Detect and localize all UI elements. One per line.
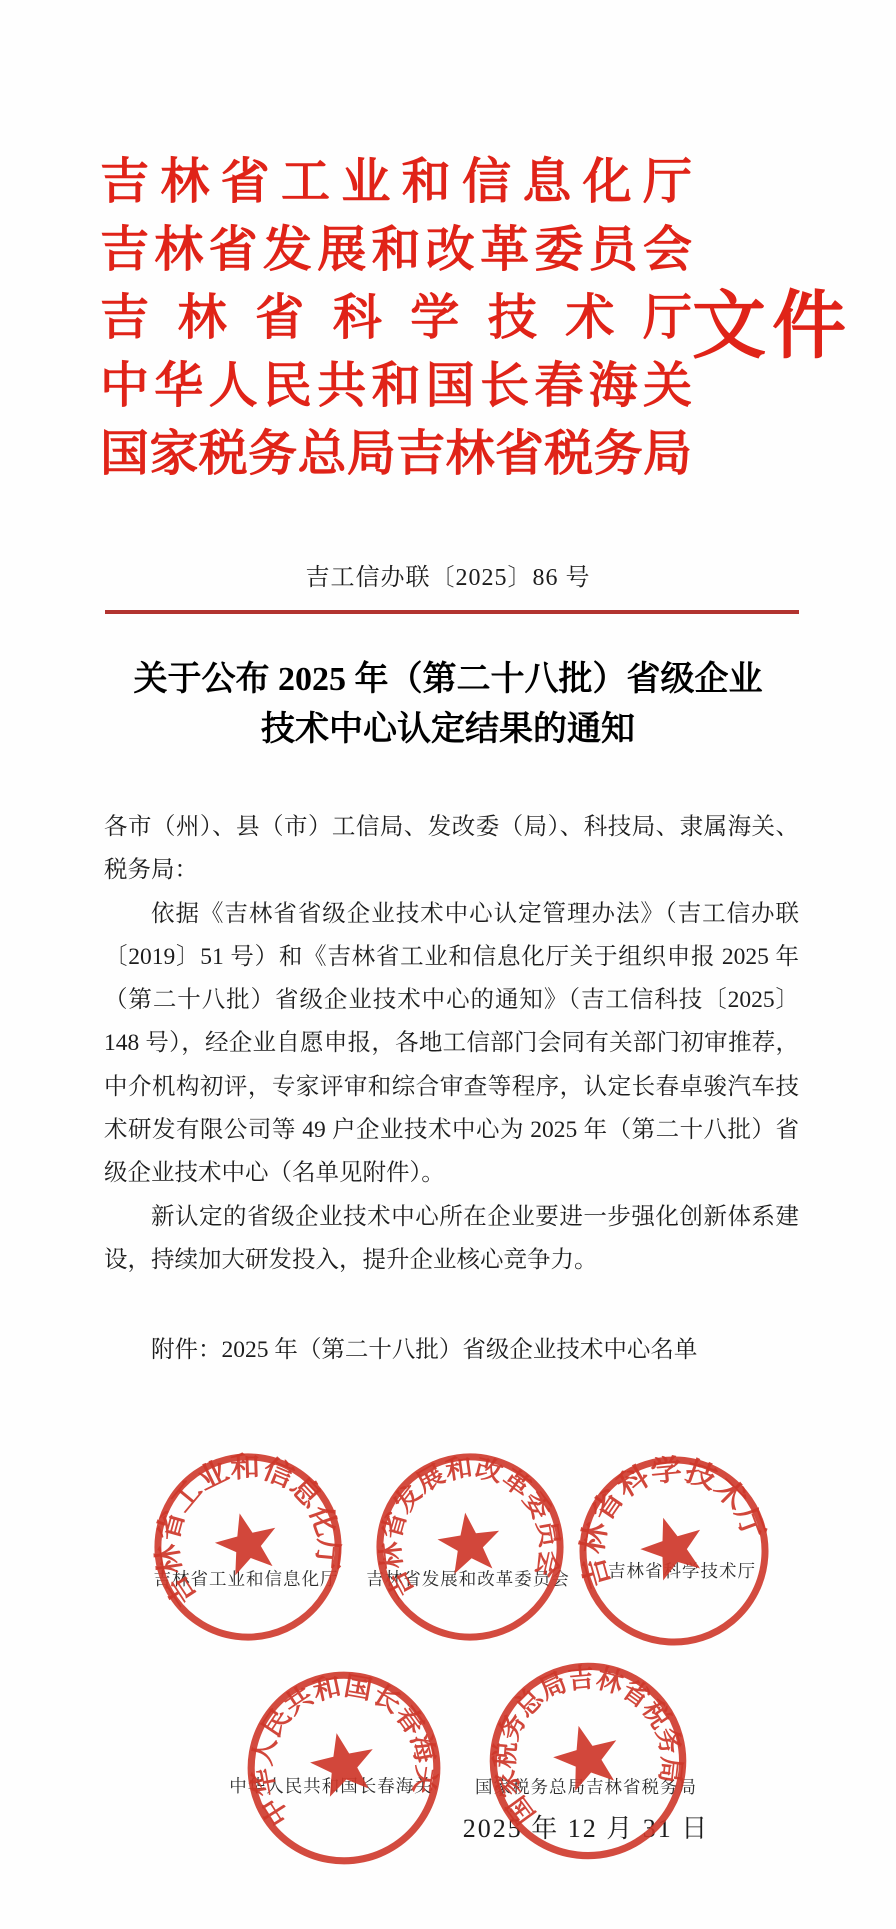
red-divider-rule <box>105 610 799 614</box>
title-line-1: 关于公布 2025 年（第二十八批）省级企业 <box>93 655 803 705</box>
doc-type-label: 文件 <box>692 290 852 364</box>
paragraph-1: 依据《吉林省省级企业技术中心认定管理办法》（吉工信办联〔2019〕51 号）和《… <box>104 893 799 1196</box>
official-seal-3: 吉林省科学技术厅 <box>548 1425 800 1677</box>
agency-name-5: 国家税务总局吉林省税务局 <box>100 420 692 488</box>
seal-star-icon <box>434 1508 504 1575</box>
official-seal-4: 中华人民共和国长春海关 <box>223 1647 465 1889</box>
agency-name-4: 中华人民共和国长春海关 <box>100 352 692 420</box>
official-seal-5: 国家税务总局吉林省税务局 <box>461 1634 716 1889</box>
paragraph-2: 新认定的省级企业技术中心所在企业要进一步强化创新体系建设，持续加大研发投入，提升… <box>104 1196 799 1283</box>
seal-star-icon <box>305 1726 380 1799</box>
document-body: 各市（州）、县（市）工信局、发改委（局）、科技局、隶属海关、税务局： 依据《吉林… <box>104 806 799 1282</box>
agency-name-2: 吉林省发展和改革委员会 <box>100 216 692 284</box>
letterhead: 吉林省工业和信息化厅 吉林省发展和改革委员会 吉林省科学技术厅 中华人民共和国长… <box>100 148 890 488</box>
attachment-line: 附件：2025 年（第二十八批）省级企业技术中心名单 <box>104 1330 799 1364</box>
agency-list: 吉林省工业和信息化厅 吉林省发展和改革委员会 吉林省科学技术厅 中华人民共和国长… <box>100 148 692 488</box>
seal-arc-text: 吉林省科学技术厅 <box>551 1427 771 1594</box>
seal-star-icon <box>633 1508 711 1584</box>
doc-number: 吉工信办联〔2025〕86 号 <box>0 557 896 592</box>
salutation: 各市（州）、县（市）工信局、发改委（局）、科技局、隶属海关、税务局： <box>104 806 799 893</box>
document-page: 吉林省工业和信息化厅 吉林省发展和改革委员会 吉林省科学技术厅 中华人民共和国长… <box>0 0 896 1929</box>
agency-name-1: 吉林省工业和信息化厅 <box>100 148 692 216</box>
seal-star-icon <box>209 1506 284 1578</box>
document-title: 关于公布 2025 年（第二十八批）省级企业 技术中心认定结果的通知 <box>93 655 803 755</box>
official-seal-1: 吉林省工业和信息化厅 <box>128 1427 368 1667</box>
title-line-2: 技术中心认定结果的通知 <box>93 705 803 755</box>
agency-name-3: 吉林省科学技术厅 <box>100 284 692 352</box>
seal-star-icon <box>547 1717 626 1794</box>
official-seal-2: 吉林省发展和改革委员会 <box>358 1435 582 1659</box>
